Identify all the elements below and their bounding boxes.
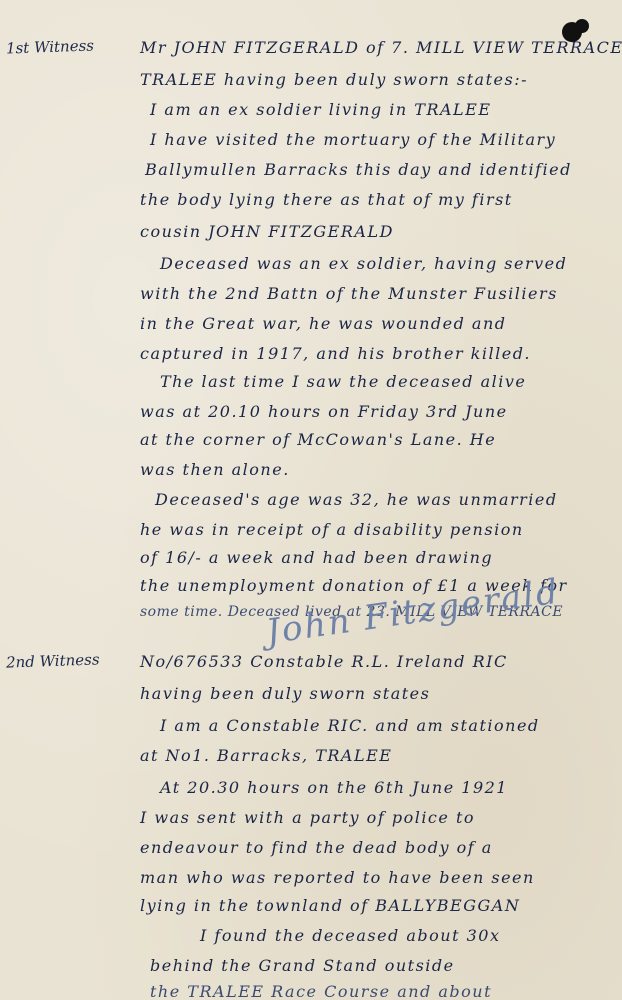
witness1-margin-label: 1st Witness [6, 36, 95, 57]
w2-line: man who was reported to have been seen [140, 868, 535, 887]
document-page: 1st Witness Mr JOHN FITZGERALD of 7. MIL… [0, 0, 622, 1000]
w2-line: No/676533 Constable R.L. Ireland RIC [140, 652, 508, 671]
w2-line: endeavour to find the dead body of a [140, 838, 493, 857]
w2-line: at No1. Barracks, TRALEE [140, 746, 392, 765]
w1-line: Ballymullen Barracks this day and identi… [145, 160, 572, 179]
w1-line: he was in receipt of a disability pensio… [140, 520, 524, 539]
w1-line: Deceased's age was 32, he was unmarried [155, 490, 558, 509]
witness2-margin-label: 2nd Witness [6, 650, 100, 671]
w1-line: TRALEE having been duly sworn states:- [140, 70, 528, 89]
w2-line: I found the deceased about 30x [200, 926, 501, 945]
w1-line: The last time I saw the deceased alive [160, 372, 526, 391]
w1-line: the body lying there as that of my first [140, 190, 513, 209]
w2-line: I am a Constable RIC. and am stationed [160, 716, 540, 735]
w1-line: captured in 1917, and his brother killed… [140, 344, 531, 363]
w1-line: with the 2nd Battn of the Munster Fusili… [140, 284, 558, 303]
w2-line: At 20.30 hours on the 6th June 1921 [160, 778, 508, 797]
w1-line: I am an ex soldier living in TRALEE [150, 100, 492, 119]
w1-line: at the corner of McCowan's Lane. He [140, 430, 496, 449]
w1-line: I have visited the mortuary of the Milit… [150, 130, 556, 149]
w1-line: Deceased was an ex soldier, having serve… [160, 254, 567, 273]
w1-line: cousin JOHN FITZGERALD [140, 222, 394, 241]
w1-line: Mr JOHN FITZGERALD of 7. MILL VIEW TERRA… [140, 38, 622, 57]
w2-line: lying in the townland of BALLYBEGGAN [140, 896, 520, 915]
w2-line: the TRALEE Race Course and about [150, 982, 492, 1000]
w1-line: was at 20.10 hours on Friday 3rd June [140, 402, 508, 421]
w1-line: in the Great war, he was wounded and [140, 314, 507, 333]
w1-line: was then alone. [140, 460, 290, 479]
w2-line: I was sent with a party of police to [140, 808, 475, 827]
w2-line: behind the Grand Stand outside [150, 956, 455, 975]
w2-line: having been duly sworn states [140, 684, 430, 703]
w1-line: of 16/- a week and had been drawing [140, 548, 493, 567]
